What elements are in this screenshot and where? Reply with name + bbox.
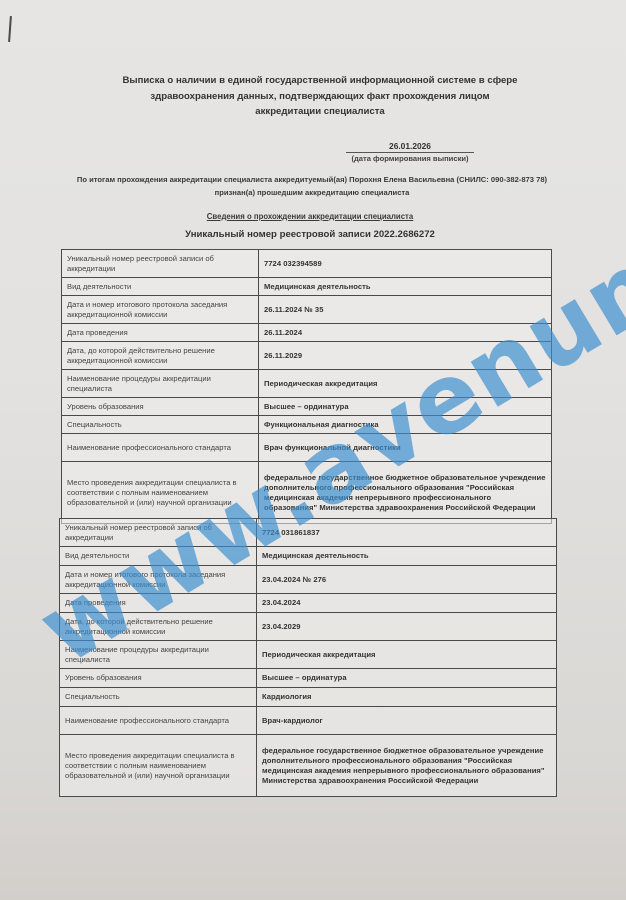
- date-caption: (дата формирования выписки): [346, 153, 474, 165]
- field-label: Наименование профессионального стандарта: [60, 707, 257, 735]
- table-row: Дата проведения26.11.2024: [62, 324, 552, 342]
- document-title: Выписка о наличии в единой государственн…: [120, 73, 520, 120]
- field-label: Место проведения аккредитации специалист…: [62, 462, 259, 524]
- date-value: 26.01.2026: [346, 141, 474, 153]
- accreditation-table-1: Уникальный номер реестровой записи об ак…: [61, 249, 552, 524]
- field-label: Дата проведения: [60, 594, 257, 613]
- field-label: Дата и номер итогового протокола заседан…: [60, 566, 257, 594]
- field-value: Периодическая аккредитация: [259, 370, 552, 398]
- table-row: Наименование профессионального стандарта…: [60, 707, 557, 735]
- field-value: 26.11.2024 № 35: [259, 296, 552, 324]
- registry-number: Уникальный номер реестровой записи 2022.…: [120, 229, 500, 240]
- table-row: Наименование процедуры аккредитации спец…: [62, 370, 552, 398]
- field-label: Уровень образования: [60, 669, 257, 688]
- field-value: Врач-кардиолог: [257, 707, 557, 735]
- field-label: Наименование процедуры аккредитации спец…: [62, 370, 259, 398]
- field-value: Врач функциональной диагностики: [259, 434, 552, 462]
- table-row: Уникальный номер реестровой записи об ак…: [60, 519, 557, 547]
- field-value: Высшее – ординатура: [259, 398, 552, 416]
- table-row: Уровень образованияВысшее – ординатура: [62, 398, 552, 416]
- table-row: Вид деятельностиМедицинская деятельность: [60, 547, 557, 566]
- field-value: Медицинская деятельность: [257, 547, 557, 566]
- field-label: Дата, до которой действительно решение а…: [60, 613, 257, 641]
- table-row: СпециальностьФункциональная диагностика: [62, 416, 552, 434]
- table-row: Наименование процедуры аккредитации спец…: [60, 641, 557, 669]
- intro-paragraph: По итогам прохождения аккредитации специ…: [62, 174, 562, 199]
- field-label: Уникальный номер реестровой записи об ак…: [62, 250, 259, 278]
- table-row: Наименование профессионального стандарта…: [62, 434, 552, 462]
- table-row: Дата и номер итогового протокола заседан…: [60, 566, 557, 594]
- field-label: Специальность: [60, 688, 257, 707]
- field-value: федеральное государственное бюджетное об…: [259, 462, 552, 524]
- field-value: 7724 032394589: [259, 250, 552, 278]
- field-value: Кардиология: [257, 688, 557, 707]
- pen-mark: [8, 16, 12, 42]
- table-row: СпециальностьКардиология: [60, 688, 557, 707]
- field-label: Наименование процедуры аккредитации спец…: [60, 641, 257, 669]
- field-label: Уровень образования: [62, 398, 259, 416]
- field-label: Вид деятельности: [60, 547, 257, 566]
- field-value: 26.11.2024: [259, 324, 552, 342]
- field-value: 23.04.2024 № 276: [257, 566, 557, 594]
- section-heading: Сведения о прохождении аккредитации спец…: [140, 212, 480, 221]
- accreditation-table-2: Уникальный номер реестровой записи об ак…: [59, 518, 557, 797]
- table-row: Вид деятельностиМедицинская деятельность: [62, 278, 552, 296]
- table-row: Дата проведения23.04.2024: [60, 594, 557, 613]
- field-value: 26.11.2029: [259, 342, 552, 370]
- table-row: Дата, до которой действительно решение а…: [62, 342, 552, 370]
- field-value: 23.04.2029: [257, 613, 557, 641]
- table-body: Уникальный номер реестровой записи об ак…: [62, 250, 552, 524]
- table-row: Место проведения аккредитации специалист…: [62, 462, 552, 524]
- table-row: Дата и номер итогового протокола заседан…: [62, 296, 552, 324]
- field-value: 23.04.2024: [257, 594, 557, 613]
- table-row: Уникальный номер реестровой записи об ак…: [62, 250, 552, 278]
- field-label: Наименование профессионального стандарта: [62, 434, 259, 462]
- table-row: Место проведения аккредитации специалист…: [60, 735, 557, 797]
- field-label: Место проведения аккредитации специалист…: [60, 735, 257, 797]
- field-value: Периодическая аккредитация: [257, 641, 557, 669]
- date-block: 26.01.2026 (дата формирования выписки): [346, 141, 474, 165]
- field-value: 7724 031861837: [257, 519, 557, 547]
- field-label: Уникальный номер реестровой записи об ак…: [60, 519, 257, 547]
- table-row: Уровень образованияВысшее – ординатура: [60, 669, 557, 688]
- field-label: Вид деятельности: [62, 278, 259, 296]
- field-value: Функциональная диагностика: [259, 416, 552, 434]
- table-body: Уникальный номер реестровой записи об ак…: [60, 519, 557, 797]
- field-label: Дата и номер итогового протокола заседан…: [62, 296, 259, 324]
- field-value: федеральное государственное бюджетное об…: [257, 735, 557, 797]
- field-label: Дата проведения: [62, 324, 259, 342]
- table-row: Дата, до которой действительно решение а…: [60, 613, 557, 641]
- field-label: Дата, до которой действительно решение а…: [62, 342, 259, 370]
- field-label: Специальность: [62, 416, 259, 434]
- field-value: Высшее – ординатура: [257, 669, 557, 688]
- field-value: Медицинская деятельность: [259, 278, 552, 296]
